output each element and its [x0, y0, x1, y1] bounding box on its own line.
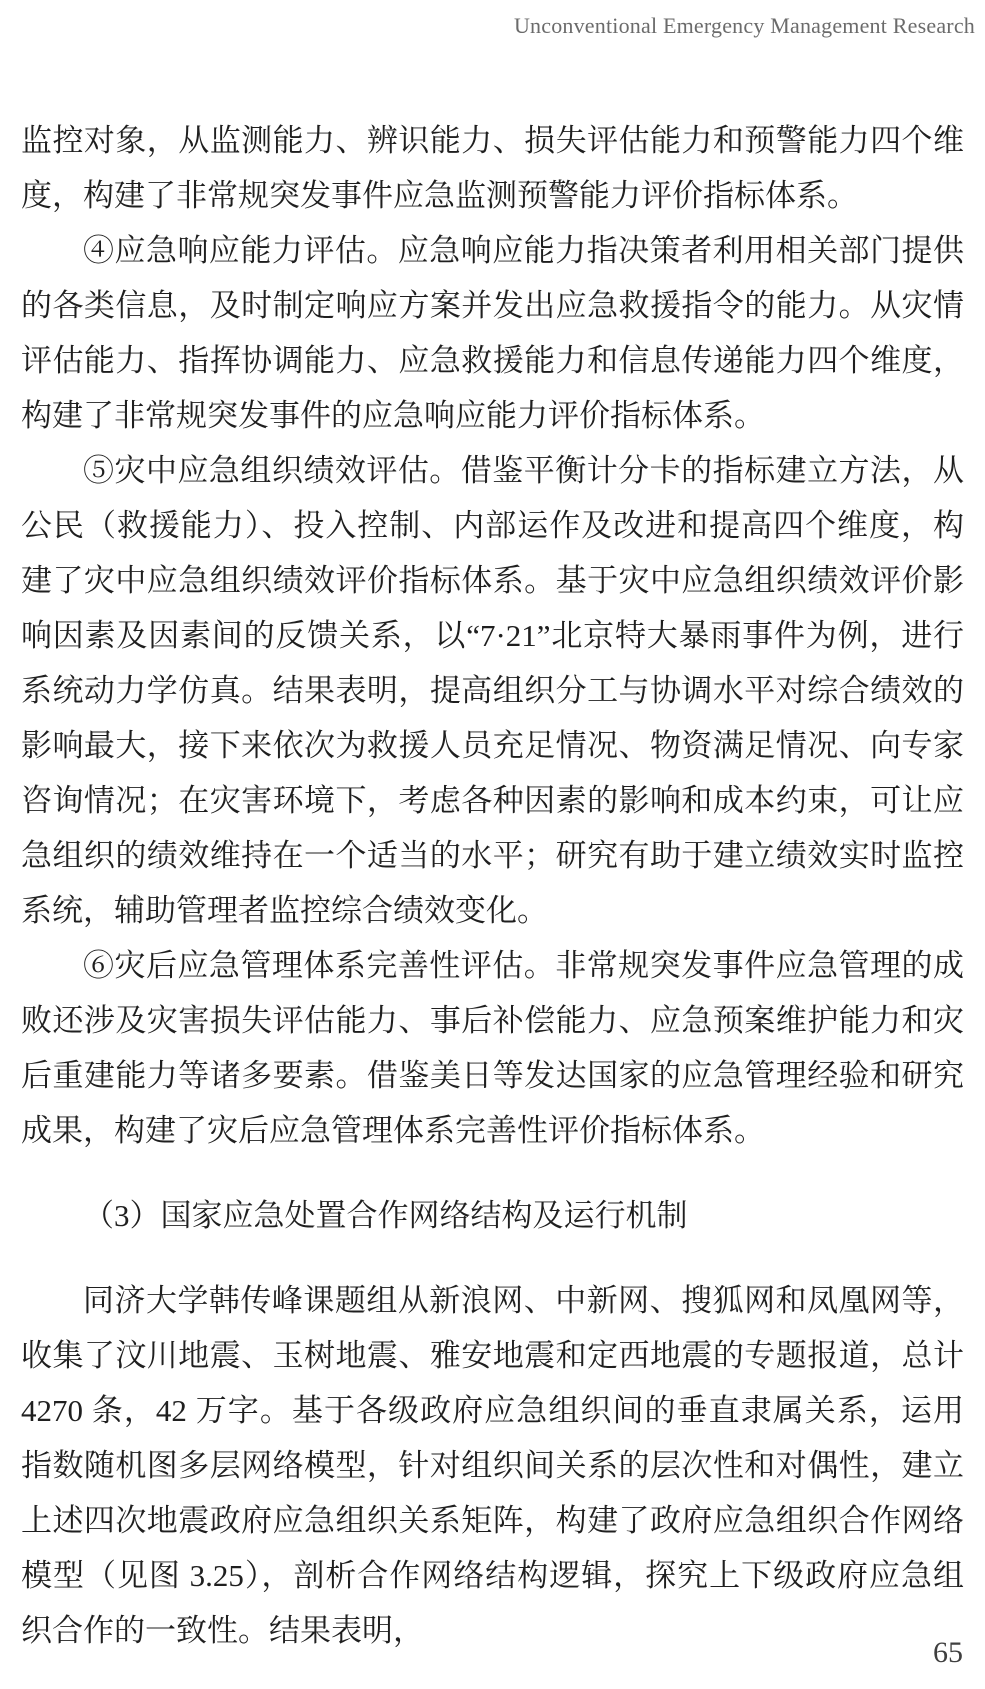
running-header: Unconventional Emergency Management Rese… — [514, 13, 975, 39]
paragraph-tongji-research: 同济大学韩传峰课题组从新浪网、中新网、搜狐网和凤凰网等，收集了汶川地震、玉树地震… — [21, 1273, 964, 1658]
page-body: 监控对象，从监测能力、辨识能力、损失评估能力和预警能力四个维度，构建了非常规突发… — [21, 113, 964, 1658]
document-page: Unconventional Emergency Management Rese… — [0, 0, 985, 1689]
section-heading-3-cooperation-network: （3）国家应急处置合作网络结构及运行机制 — [21, 1188, 964, 1243]
page-number: 65 — [933, 1636, 963, 1670]
paragraph-item-5-performance-evaluation: ⑤灾中应急组织绩效评估。借鉴平衡计分卡的指标建立方法，从公民（救援能力）、投入控… — [21, 443, 964, 938]
paragraph-continuation: 监控对象，从监测能力、辨识能力、损失评估能力和预警能力四个维度，构建了非常规突发… — [21, 113, 964, 223]
paragraph-item-4-response-capability: ④应急响应能力评估。应急响应能力指决策者利用相关部门提供的各类信息，及时制定响应… — [21, 223, 964, 443]
paragraph-item-6-post-disaster-system: ⑥灾后应急管理体系完善性评估。非常规突发事件应急管理的成败还涉及灾害损失评估能力… — [21, 938, 964, 1158]
